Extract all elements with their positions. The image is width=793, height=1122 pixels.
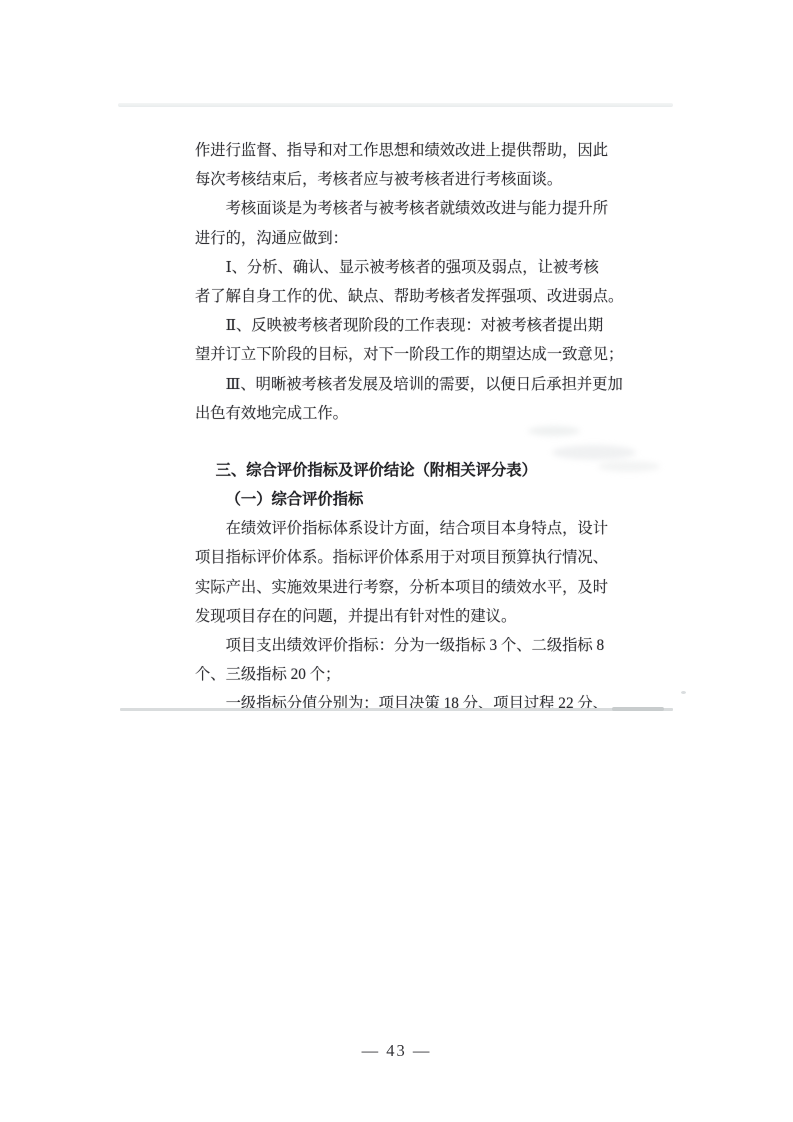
section-heading: 三、综合评价指标及评价结论（附相关评分表） <box>195 456 625 485</box>
scanned-document-page: 作进行监督、指导和对工作思想和绩效改进上提供帮助，因此 每次考核结束后，考核者应… <box>0 0 793 1122</box>
body-line: Ⅱ、反映被考核者现阶段的工作表现：对被考核者提出期 <box>195 311 625 340</box>
scan-artifact-bottom-edge <box>120 708 673 711</box>
body-line: 个、三级指标 20 个； <box>195 660 625 689</box>
page-number: — 43 — <box>0 1041 793 1061</box>
body-line: Ⅲ、明晰被考核者发展及培训的需要，以便日后承担并更加 <box>195 370 625 399</box>
scan-artifact-bottom-edge-dark <box>612 707 664 711</box>
body-line: 一级指标分值分别为：项目决策 18 分、项目过程 22 分、 <box>195 689 625 718</box>
body-line: 每次考核结束后，考核者应与被考核者进行考核面谈。 <box>195 165 625 194</box>
body-line: 项目指标评价体系。指标评价体系用于对项目预算执行情况、 <box>195 543 625 572</box>
body-line: 在绩效评价指标体系设计方面，结合项目本身特点，设计 <box>195 514 625 543</box>
body-line: 发现项目存在的问题，并提出有针对性的建议。 <box>195 602 625 631</box>
body-line: 实际产出、实施效果进行考察，分析本项目的绩效水平，及时 <box>195 573 625 602</box>
document-text-block: 作进行监督、指导和对工作思想和绩效改进上提供帮助，因此 每次考核结束后，考核者应… <box>195 136 625 719</box>
body-line: 者了解自身工作的优、缺点、帮助考核者发挥强项、改进弱点。 <box>195 282 625 311</box>
body-line: 望并订立下阶段的目标，对下一阶段工作的期望达成一致意见； <box>195 340 625 369</box>
body-line: 出色有效地完成工作。 <box>195 399 625 428</box>
body-line: 考核面谈是为考核者与被考核者就绩效改进与能力提升所 <box>195 194 625 223</box>
body-line: Ⅰ、分析、确认、显示被考核者的强项及弱点，让被考核 <box>195 253 625 282</box>
scan-artifact-dot <box>681 691 686 694</box>
body-line: 进行的，沟通应做到： <box>195 224 625 253</box>
body-line: 项目支出绩效评价指标：分为一级指标 3 个、二级指标 8 <box>195 631 625 660</box>
body-line: 作进行监督、指导和对工作思想和绩效改进上提供帮助，因此 <box>195 136 625 165</box>
subsection-heading: （一）综合评价指标 <box>195 485 625 514</box>
scan-artifact-top-edge <box>118 103 673 107</box>
